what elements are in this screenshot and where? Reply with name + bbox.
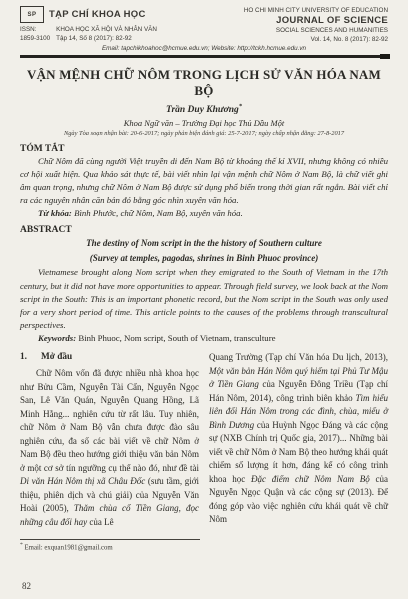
issn-block: ISSN: 1859-3100 <box>20 25 50 44</box>
tomtat-keywords: Từ khóa: Bình Phước, chữ Nôm, Nam Bộ, xu… <box>20 208 388 218</box>
section-1-heading: 1.Mở đầu <box>20 351 199 365</box>
journal-title-en: JOURNAL OF SCIENCE <box>244 15 388 26</box>
tomtat-body: Chữ Nôm đã cùng người Việt truyền di đến… <box>20 155 388 208</box>
university-logo: SP <box>20 6 44 23</box>
masthead-left: SP TẠP CHÍ KHOA HỌC ISSN: 1859-3100 KHOA… <box>20 6 211 44</box>
journal-article-page: SP TẠP CHÍ KHOA HỌC ISSN: 1859-3100 KHOA… <box>0 0 408 599</box>
author-email-footnote: * Email: exquan1981@gmail.com <box>20 539 200 551</box>
abstract-heading: ABSTRACT <box>20 225 388 235</box>
abstract-keywords-list: Binh Phuoc, Nom script, South of Vietnam… <box>76 333 275 343</box>
section-title-en: SOCIAL SCIENCES AND HUMANITIES <box>244 26 388 35</box>
footnote-text: Email: exquan1981@gmail.com <box>23 544 113 551</box>
right-column-paragraph: Quang Trường (Tạp chí Văn hóa Du lịch, 2… <box>209 351 388 527</box>
masthead: SP TẠP CHÍ KHOA HỌC ISSN: 1859-3100 KHOA… <box>20 6 388 44</box>
author-text: Trần Duy Khương <box>166 106 239 116</box>
article-body: 1.Mở đầu Chữ Nôm vốn đã được nhiều nhà k… <box>20 351 388 529</box>
journal-title-vi: TẠP CHÍ KHOA HỌC <box>49 9 146 20</box>
issn-label: ISSN: <box>20 25 50 34</box>
issue-block-vi: KHOA HỌC XÃ HỘI VÀ NHÂN VĂN Tập 14, Số 8… <box>56 25 157 44</box>
section-1-number: 1. <box>20 352 27 362</box>
logo-text: SP <box>27 12 36 18</box>
abstract-keywords-label: Keywords: <box>38 333 76 343</box>
author-affiliation: Khoa Ngữ văn – Trường Đại học Thủ Dầu Mộ… <box>20 118 388 128</box>
abstract-body-en: Vietnamese brought along Nom script when… <box>20 266 388 332</box>
left-column-paragraph: Chữ Nôm vốn đã được nhiều nhà khoa học n… <box>20 367 199 529</box>
issue-info-vi: Tập 14, Số 8 (2017): 82-92 <box>56 34 157 43</box>
masthead-right: HO CHI MINH CITY UNIVERSITY OF EDUCATION… <box>244 6 388 44</box>
page-number: 82 <box>22 581 31 591</box>
tomtat-keywords-list: Bình Phước, chữ Nôm, Nam Bộ, xuyên văn h… <box>72 208 243 218</box>
column-right: Quang Trường (Tạp chí Văn hóa Du lịch, 2… <box>209 351 388 529</box>
author-name: Trần Duy Khương* <box>20 103 388 115</box>
column-left: 1.Mở đầu Chữ Nôm vốn đã được nhiều nhà k… <box>20 351 199 529</box>
issue-info-en: Vol. 14, No. 8 (2017): 82-92 <box>244 35 388 44</box>
section-title-vi: KHOA HỌC XÃ HỘI VÀ NHÂN VĂN <box>56 25 157 34</box>
tomtat-keywords-label: Từ khóa: <box>38 208 72 218</box>
abstract-title-en: The destiny of Nom script in the the his… <box>20 237 388 250</box>
abstract-subtitle-en: (Survey at temples, pagodas, shrines in … <box>20 252 388 265</box>
rule-endcap <box>380 54 390 59</box>
issn-value: 1859-3100 <box>20 34 50 43</box>
abstract-keywords: Keywords: Binh Phuoc, Nom script, South … <box>20 333 388 343</box>
header-rule <box>20 55 388 58</box>
submission-dates: Ngày Tòa soạn nhận bài: 20-6-2017; ngày … <box>20 130 388 137</box>
journal-contact-line: Email: tapchikhoahoc@hcmue.edu.vn; Websi… <box>20 45 388 52</box>
article-title: VẬN MỆNH CHỮ NÔM TRONG LỊCH SỬ VĂN HÓA N… <box>20 67 388 99</box>
tomtat-heading: TÓM TẮT <box>20 144 388 154</box>
section-1-title: Mở đầu <box>41 352 72 362</box>
university-name-en: HO CHI MINH CITY UNIVERSITY OF EDUCATION <box>244 6 388 15</box>
author-footnote-mark: * <box>239 103 242 110</box>
